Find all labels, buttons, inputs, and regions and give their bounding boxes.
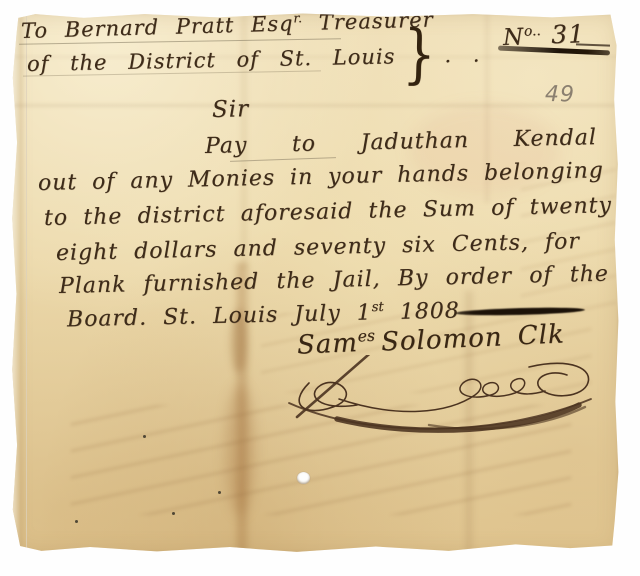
signature-last-name: Solomon: [381, 322, 504, 357]
ink-dash-stroke: [455, 306, 585, 316]
date-year: 1808: [400, 298, 461, 324]
ink-bleedthrough: [71, 405, 571, 515]
speck: [75, 520, 78, 523]
document-number: No.. 31: [502, 19, 585, 51]
left-edge-fold: [11, 13, 27, 553]
document-paper: To Bernard Pratt Esqr. Treasurer of the …: [11, 13, 619, 553]
speck: [218, 491, 221, 494]
punch-hole: [297, 472, 310, 484]
body-line: eight dollars and seventy six Cents, for: [56, 229, 580, 266]
archival-pencil-annotation: 49: [545, 82, 575, 108]
speck: [143, 435, 146, 438]
body-line: out of any Monies in your hands belongin…: [38, 158, 604, 196]
number-prefix: N: [503, 24, 525, 51]
signature-clerk-abbrev: Clk: [517, 319, 565, 351]
recipient-line-1: To Bernard Pratt Esqr. Treasurer: [21, 6, 434, 43]
horizontal-fold-crease: [11, 103, 619, 108]
scanned-document: To Bernard Pratt Esqr. Treasurer of the …: [0, 0, 640, 576]
date-text: Board. St. Louis July 1: [67, 300, 372, 332]
body-line: to the district aforesaid the Sum of twe…: [44, 193, 612, 231]
salutation: Sir: [212, 96, 250, 123]
recipient-text: To Bernard Pratt Esq: [21, 11, 294, 43]
esquire-superscript: r.: [293, 10, 302, 25]
date-superscript: st: [371, 300, 383, 315]
number-superscript: o..: [524, 23, 541, 40]
signature-superscript: es: [357, 327, 375, 346]
stain: [225, 385, 255, 515]
speck: [172, 512, 175, 515]
signature-flourish: [279, 355, 615, 441]
signature-first-name: Sam: [296, 328, 358, 361]
number-value: 31: [551, 19, 586, 49]
curly-brace: }: [402, 17, 437, 92]
body-line: Plank furnished the Jail, By order of th…: [59, 262, 609, 299]
body-line: Pay to Jaduthan Kendal: [205, 125, 597, 159]
